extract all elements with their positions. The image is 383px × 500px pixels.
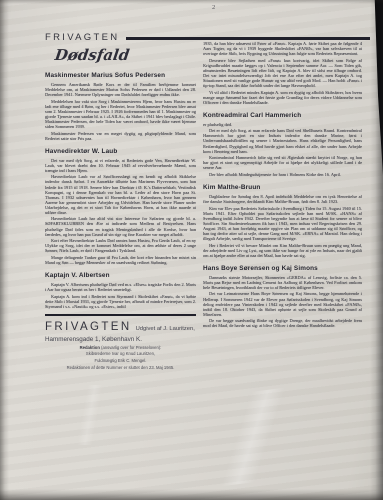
article-paragraph: 1935, da han blev udnævnt til Fører af «… — [203, 41, 362, 56]
article-paragraph: Det var Letmatroserne Hans Boye Sørensen… — [203, 291, 362, 316]
article-paragraph: Mange deltagende Tanker gaar til Fru Lau… — [45, 255, 196, 265]
article-paragraph: Vi vil altid i Rederiet mindes Kaptajn A… — [203, 90, 362, 105]
imprint-address-line: Hammerensgade 1, København K. — [45, 336, 196, 343]
right-column: 1935, da han blev udnævnt til Fører af «… — [203, 41, 362, 461]
left-articles: Maskinmester Marius Sofus PedersenGennem… — [45, 72, 196, 309]
article-heading: Hans Boye Sørensen og Kaj Simons — [203, 265, 362, 272]
article-paragraph: Meddelelsen har vakt stor Sorg i Maskinm… — [45, 99, 196, 129]
article-paragraph: De var begge usædvanlig flinke og dygtig… — [203, 318, 362, 328]
imprint-editorial-rest: (ansvarlig over for Presseloven): — [101, 345, 161, 350]
article-paragraph: Her i Rederiet vil vi bevare Mindet om K… — [203, 243, 362, 258]
imprint-editorial-line: Redaktion (ansvarlig over for Presselove… — [45, 345, 196, 350]
article-heading: Kaptajn V. Albertsen — [45, 272, 196, 279]
article-heading: Kontreadmiral Carl Hammerich — [203, 112, 362, 119]
masthead-title: FRIVAGTEN — [45, 32, 119, 43]
imprint-masthead: FRIVAGTEN — [45, 321, 132, 333]
section-title-dodsfald: Dødsfald — [54, 46, 196, 64]
imprint-editorial-label: Redaktion — [80, 345, 100, 350]
article-paragraph: Maskinmester Pedersen var en meget dygti… — [45, 131, 196, 141]
header-rule — [126, 37, 370, 40]
right-articles: 1935, da han blev udnævnt til Fører af «… — [203, 41, 362, 328]
article-paragraph: Der blev afholdt Mindegudstjeneste for h… — [203, 172, 362, 177]
article-heading: Maskinmester Marius Sofus Pedersen — [45, 72, 196, 79]
imprint-editors-line: Skibsrederne Ivar og Knud Lauritzen, — [45, 351, 196, 356]
article-heading: Kim Malthe-Bruun — [203, 184, 362, 191]
article-paragraph: Kim var Elev paa Rederiets Søfartsskole … — [203, 206, 362, 241]
page-number: 2 — [212, 4, 215, 11]
article-paragraph: Desværre blev Sejladsen med «Fanø» kun k… — [203, 58, 362, 88]
article-paragraph: Gennem Amerikansk Røde Kors er der til F… — [45, 82, 196, 97]
article-paragraph: Danmarks største Motorsejler, Skonnerten… — [203, 275, 362, 290]
scanned-page-photo: 2 FRIVAGTEN Dødsfald Maskinmester Marius… — [0, 0, 383, 500]
article-paragraph: Havnedirektør Laub har altid vist stor I… — [45, 216, 196, 236]
imprint-publisher-line: Udgivet af J. Lauritzen, — [136, 326, 195, 332]
imprint-clerk-line: Fuldmægtig Erik C. Mengel. — [45, 358, 196, 363]
article-paragraph: Det var med dyb Sorg, at vi erfarede, at… — [45, 158, 196, 173]
article-paragraph: er pludselig død. — [203, 122, 362, 127]
imprint-header: FRIVAGTEN Udgivet af J. Lauritzen, — [45, 321, 196, 333]
article-paragraph: Kort efter Havnedirektør Laubs Død ramte… — [45, 238, 196, 253]
article-paragraph: Kaptajn A. kom ind i Rederiet som Styrma… — [45, 294, 196, 309]
article-paragraph: Det er med dyb Sorg, at man erfarede han… — [203, 128, 362, 153]
paper-page: 2 FRIVAGTEN Dødsfald Maskinmester Marius… — [0, 0, 383, 500]
imprint-divider-rule — [45, 314, 196, 317]
article-heading: Havnedirektør W. Laub — [45, 148, 196, 155]
article-paragraph: Dagbladene for Søndag den 8. April indeh… — [203, 194, 362, 204]
article-paragraph: Kontreadmiral Hammerich følte sig ved si… — [203, 155, 362, 170]
article-paragraph: Kaptajn V. Albertsens pludselige Død ved… — [45, 282, 196, 292]
imprint-block: FRIVAGTEN Udgivet af J. Lauritzen, Hamme… — [45, 321, 196, 369]
imprint-closing-line: Redaktionen af dette Nummer er sluttet d… — [45, 365, 196, 370]
article-paragraph: Havnedirektør Laub var af Søofficersslæg… — [45, 174, 196, 214]
left-column: Dødsfald Maskinmester Marius Sofus Peder… — [45, 44, 196, 494]
